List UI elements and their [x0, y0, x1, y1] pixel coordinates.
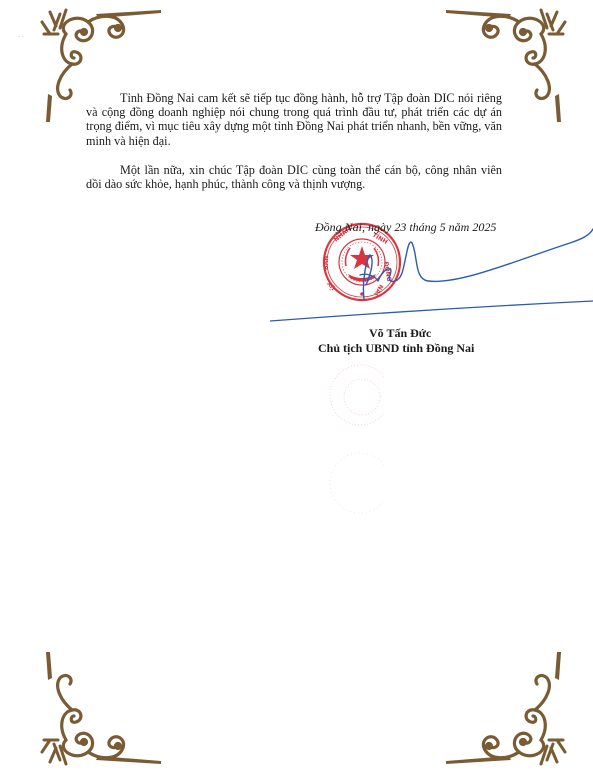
signer-title: Chủ tịch UBND tỉnh Đồng Nai: [318, 341, 474, 356]
paragraph-commitment: Tỉnh Đồng Nai cam kết sẽ tiếp tục đồng h…: [86, 91, 502, 148]
bleed-through-stamp-icon: [322, 355, 384, 525]
signer-name: Võ Tấn Đức: [369, 326, 431, 341]
document-page: · ·: [0, 0, 593, 778]
paragraph-wishes: Một lần nữa, xin chúc Tập đoàn DIC cùng …: [86, 163, 502, 191]
svg-text:BAN: BAN: [323, 256, 330, 270]
svg-text:ĐỒNG: ĐỒNG: [382, 261, 394, 282]
ornament-corner-icon: [441, 650, 571, 770]
date-line: Đồng Nai, ngày 23 tháng 5 năm 2025: [315, 220, 496, 235]
scan-artifact: · ·: [18, 34, 24, 41]
paragraph-text: Tỉnh Đồng Nai cam kết sẽ tiếp tục đồng h…: [86, 91, 502, 148]
ornament-corner-icon: [36, 650, 166, 770]
paragraph-text: Một lần nữa, xin chúc Tập đoàn DIC cùng …: [86, 163, 502, 191]
